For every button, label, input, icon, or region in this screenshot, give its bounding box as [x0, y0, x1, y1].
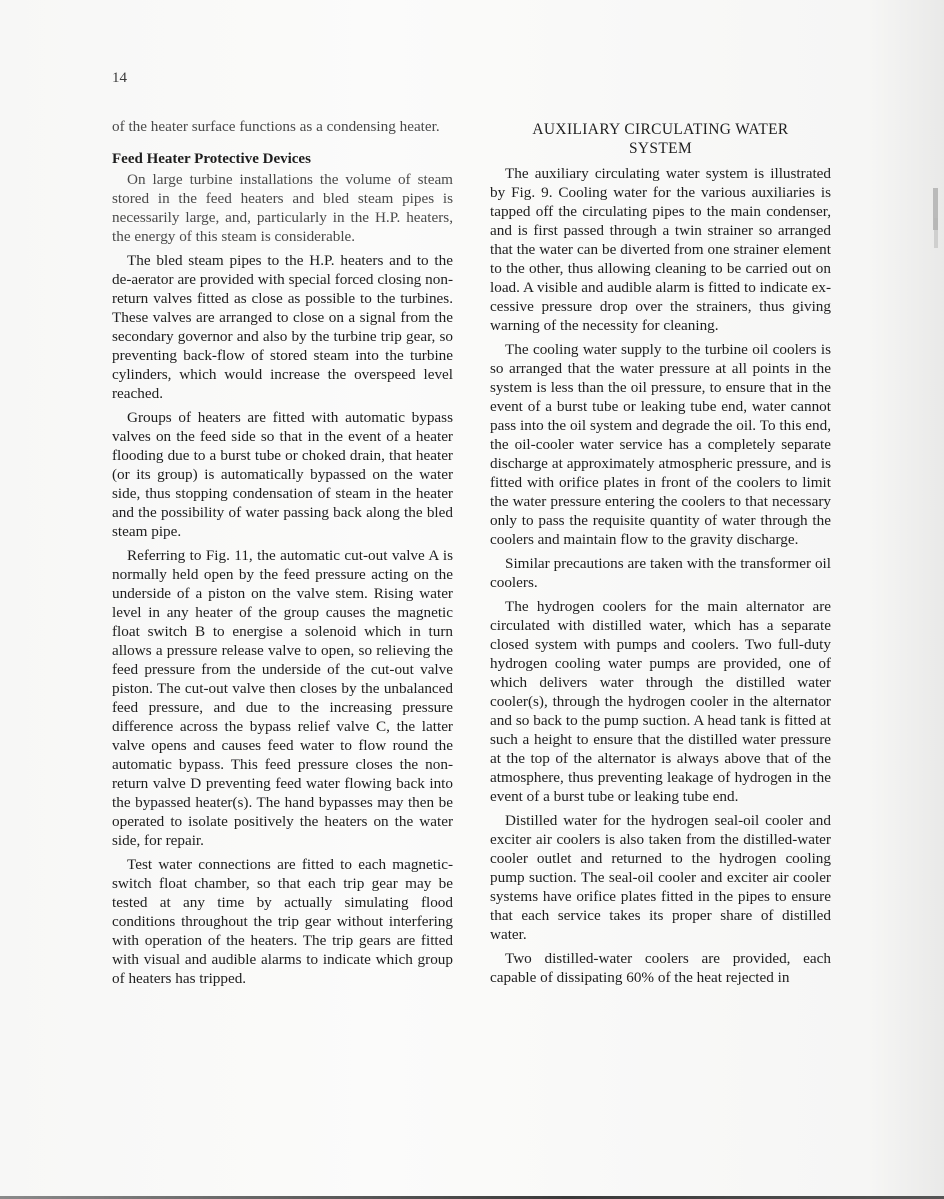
- intro-paragraph: of the heater surface functions as a con…: [112, 117, 453, 136]
- section-heading-feed-heater-protective-devices: Feed Heater Protective Devices: [112, 150, 453, 169]
- page-number: 14: [112, 70, 127, 87]
- paragraph: Test water connections are fitted to eac…: [112, 855, 453, 988]
- heading-line: SYSTEM: [490, 139, 831, 158]
- paragraph: The cooling water supply to the turbine …: [490, 340, 831, 549]
- paragraph: Groups of heaters are fitted with automa…: [112, 408, 453, 541]
- paragraph: On large turbine installations the volum…: [112, 170, 453, 246]
- heading-line: AUXILIARY CIRCULATING WATER: [490, 120, 831, 139]
- scan-edge-mark: [934, 218, 938, 248]
- section-heading-auxiliary-circulating-water-system: AUXILIARY CIRCULATING WATER SYSTEM: [490, 120, 831, 158]
- paragraph: Similar precautions are taken with the t…: [490, 554, 831, 592]
- paragraph: Distilled water for the hydrogen seal-oi…: [490, 811, 831, 944]
- left-column: of the heater surface functions as a con…: [112, 117, 453, 993]
- paragraph: Two distilled-water coolers are provided…: [490, 949, 831, 987]
- paragraph: The hydrogen coolers for the main altern…: [490, 597, 831, 806]
- paragraph: The auxiliary circulating water system i…: [490, 164, 831, 335]
- paragraph: The bled steam pipes to the H.P. heaters…: [112, 251, 453, 403]
- paragraph: Referring to Fig. 11, the automatic cut-…: [112, 546, 453, 850]
- right-column: AUXILIARY CIRCULATING WATER SYSTEM The a…: [490, 117, 831, 992]
